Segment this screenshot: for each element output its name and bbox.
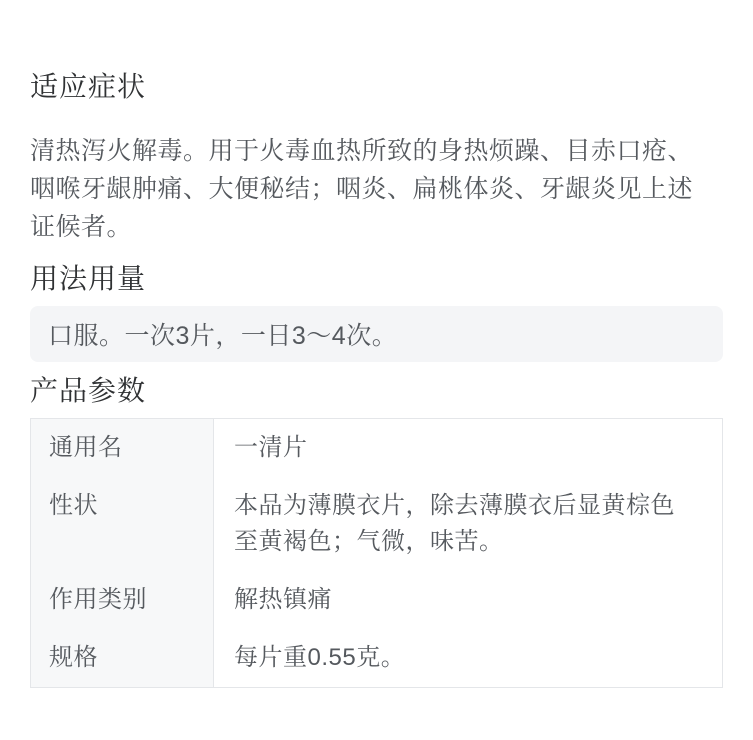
parameters-table: 通用名 一清片 性状 本品为薄膜衣片，除去薄膜衣后显黄棕色 至黄褐色；气微，味苦…	[30, 418, 723, 688]
table-row: 规格 每片重0.55克。	[31, 629, 722, 687]
row-value: 本品为薄膜衣片，除去薄膜衣后显黄棕色 至黄褐色；气微，味苦。	[214, 477, 722, 571]
row-label: 性状	[31, 477, 214, 571]
table-row: 作用类别 解热镇痛	[31, 571, 722, 629]
indications-text: 清热泻火解毒。用于火毒血热所致的身热烦躁、目赤口疮、 咽喉牙龈肿痛、大便秘结；咽…	[30, 132, 723, 246]
dosage-box: 口服。一次3片，一日3～4次。	[30, 306, 723, 362]
product-detail-page: 适应症状 清热泻火解毒。用于火毒血热所致的身热烦躁、目赤口疮、 咽喉牙龈肿痛、大…	[0, 70, 753, 688]
row-value: 一清片	[214, 419, 722, 477]
section-title-parameters: 产品参数	[30, 374, 723, 408]
row-value: 解热镇痛	[214, 571, 722, 629]
row-label: 通用名	[31, 419, 214, 477]
section-title-usage: 用法用量	[30, 262, 723, 296]
row-label: 作用类别	[31, 571, 214, 629]
table-row: 性状 本品为薄膜衣片，除去薄膜衣后显黄棕色 至黄褐色；气微，味苦。	[31, 477, 722, 571]
table-row: 通用名 一清片	[31, 419, 722, 477]
row-label: 规格	[31, 629, 214, 687]
row-value: 每片重0.55克。	[214, 629, 722, 687]
section-title-indications: 适应症状	[30, 70, 723, 104]
dosage-text: 口服。一次3片，一日3～4次。	[48, 316, 397, 352]
